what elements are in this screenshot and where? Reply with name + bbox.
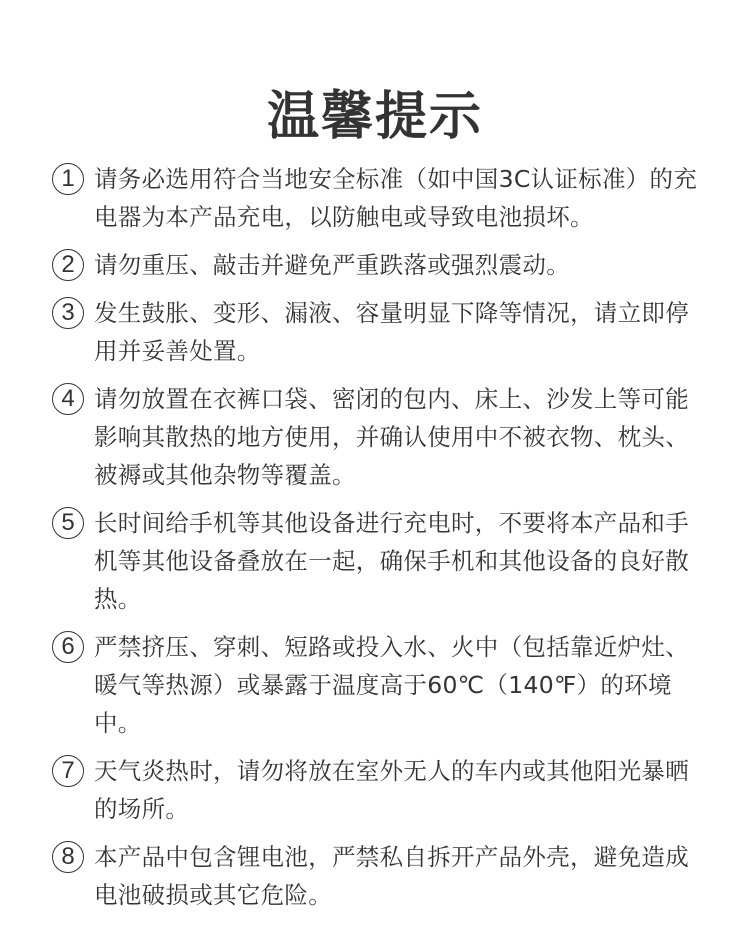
tip-item: 7 天气炎热时，请勿将放在室外无人的车内或其他阳光暴晒的场所。 xyxy=(52,752,712,828)
circled-number-icon: 6 xyxy=(52,631,84,663)
tip-item: 6 严禁挤压、穿刺、短路或投入水、火中（包括靠近炉灶、暖气等热源）或暴露于温度高… xyxy=(52,628,712,742)
tip-text: 严禁挤压、穿刺、短路或投入水、火中（包括靠近炉灶、暖气等热源）或暴露于温度高于6… xyxy=(94,628,712,742)
page-title: 温馨提示 xyxy=(0,83,750,151)
tip-text: 发生鼓胀、变形、漏液、容量明显下降等情况，请立即停用并妥善处置。 xyxy=(94,294,712,370)
tip-item: 2 请勿重压、敲击并避免严重跌落或强烈震动。 xyxy=(52,246,712,284)
tip-item: 4 请勿放置在衣裤口袋、密闭的包内、床上、沙发上等可能影响其散热的地方使用，并确… xyxy=(52,380,712,494)
tip-item: 8 本产品中包含锂电池，严禁私自拆开产品外壳，避免造成电池破损或其它危险。 xyxy=(52,838,712,914)
tip-item: 5 长时间给手机等其他设备进行充电时，不要将本产品和手机等其他设备叠放在一起，确… xyxy=(52,504,712,618)
circled-number-icon: 8 xyxy=(52,841,84,873)
circled-number-icon: 2 xyxy=(52,249,84,281)
circled-number-icon: 3 xyxy=(52,297,84,329)
circled-number-icon: 7 xyxy=(52,755,84,787)
tip-text: 长时间给手机等其他设备进行充电时，不要将本产品和手机等其他设备叠放在一起，确保手… xyxy=(94,504,712,618)
circled-number-icon: 4 xyxy=(52,383,84,415)
circled-number-icon: 1 xyxy=(52,163,84,195)
tips-list: 1 请务必选用符合当地安全标准（如中国3C认证标准）的充电器为本产品充电，以防触… xyxy=(52,160,712,924)
tip-item: 1 请务必选用符合当地安全标准（如中国3C认证标准）的充电器为本产品充电，以防触… xyxy=(52,160,712,236)
tip-text: 请勿重压、敲击并避免严重跌落或强烈震动。 xyxy=(94,246,712,284)
tip-text: 本产品中包含锂电池，严禁私自拆开产品外壳，避免造成电池破损或其它危险。 xyxy=(94,838,712,914)
tip-item: 3 发生鼓胀、变形、漏液、容量明显下降等情况，请立即停用并妥善处置。 xyxy=(52,294,712,370)
tip-text: 请务必选用符合当地安全标准（如中国3C认证标准）的充电器为本产品充电，以防触电或… xyxy=(94,160,712,236)
tip-text: 天气炎热时，请勿将放在室外无人的车内或其他阳光暴晒的场所。 xyxy=(94,752,712,828)
circled-number-icon: 5 xyxy=(52,507,84,539)
tip-text: 请勿放置在衣裤口袋、密闭的包内、床上、沙发上等可能影响其散热的地方使用，并确认使… xyxy=(94,380,712,494)
